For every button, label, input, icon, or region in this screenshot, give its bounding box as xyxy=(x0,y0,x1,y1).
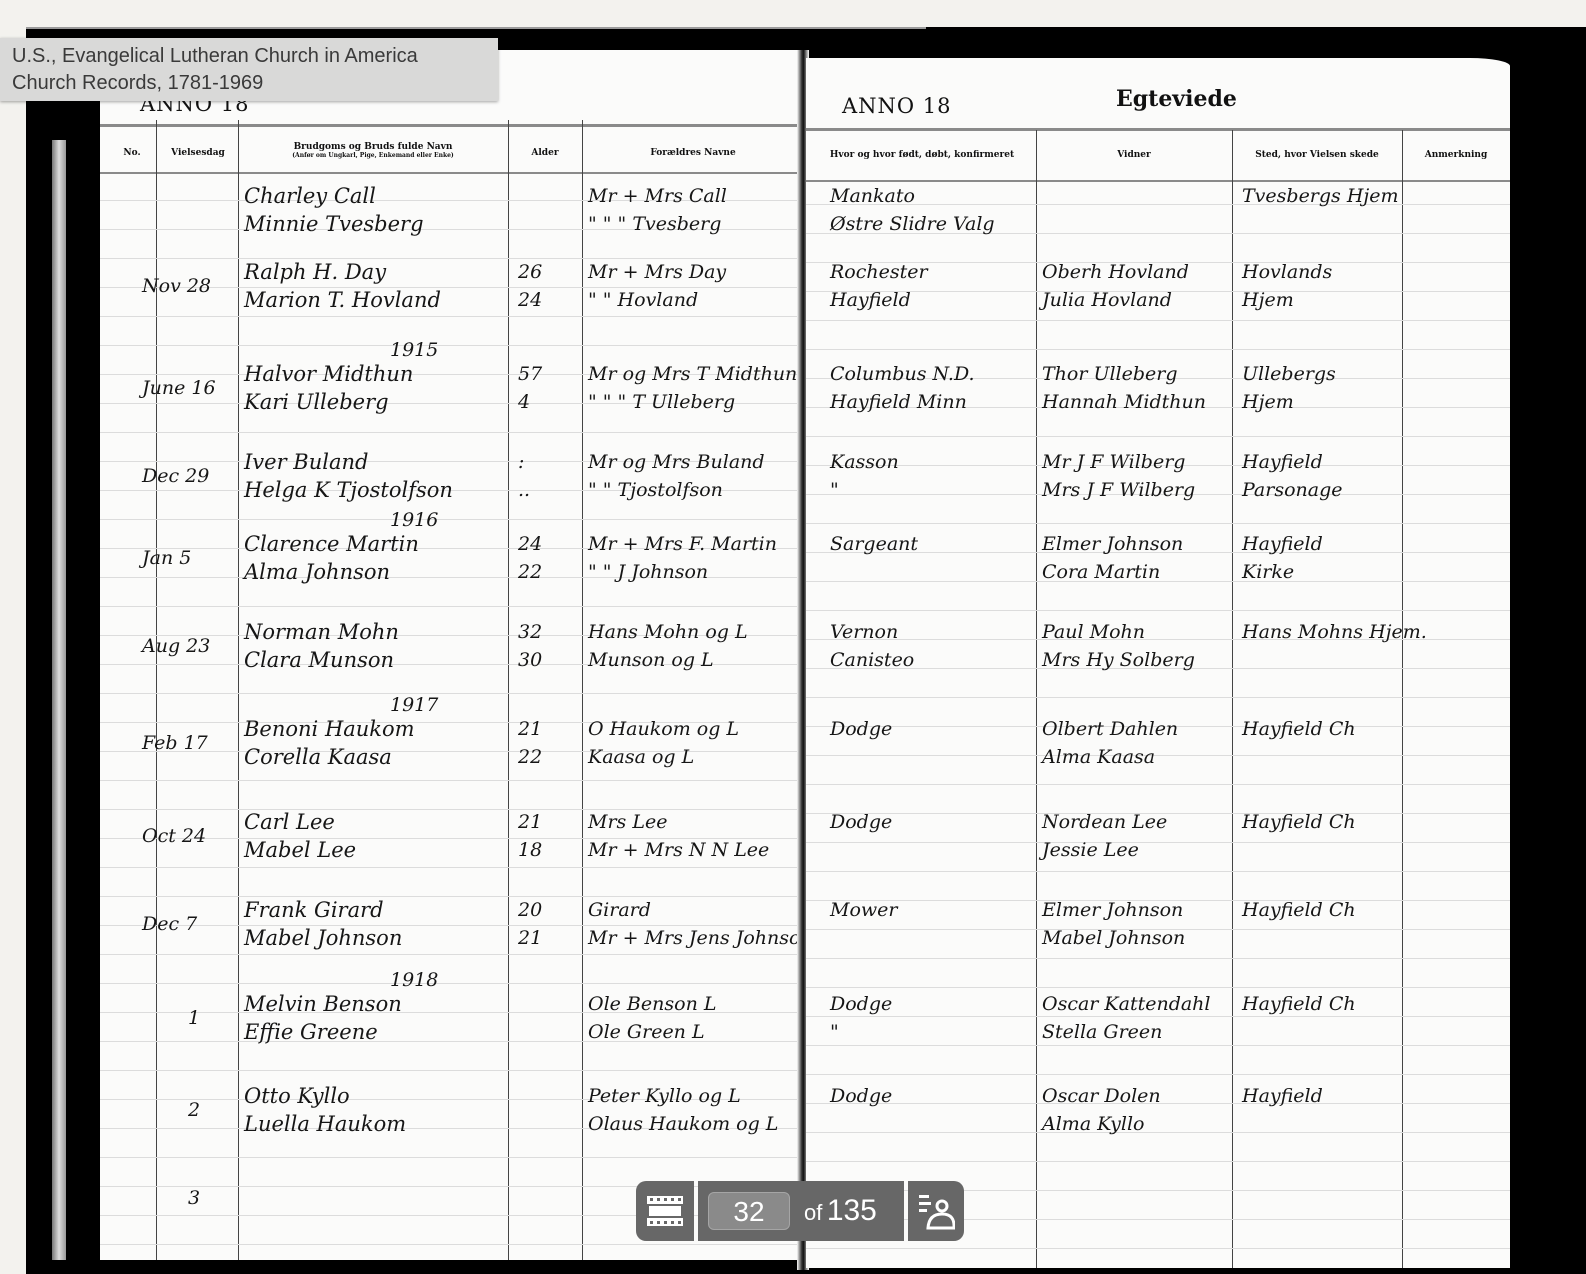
entry-parents-bride: Ole Green L xyxy=(588,1018,705,1046)
entry-parents-bride: Kaasa og L xyxy=(588,743,694,771)
entry-ceremony-location-2: Parsonage xyxy=(1242,476,1343,504)
entry-ceremony-location: Hayfield xyxy=(1242,530,1323,558)
ruled-line xyxy=(100,1070,805,1071)
entry-birthplace: Dodge xyxy=(830,1082,892,1110)
entry-groom-age: 21 xyxy=(518,715,542,743)
of-label: of xyxy=(804,1200,822,1225)
ruled-line xyxy=(806,523,1510,524)
entry-bride-name: Mabel Lee xyxy=(244,836,356,864)
entry-ceremony-location: Hans Mohns Hjem. xyxy=(1242,618,1427,646)
entry-groom-name: Iver Buland xyxy=(244,448,368,476)
entry-residence: Canisteo xyxy=(830,646,914,674)
entry-ceremony-location-2: Hjem xyxy=(1242,286,1294,314)
entry-parents-bride: Mr + Mrs N N Lee xyxy=(588,836,769,864)
entry-witness-1: Mr J F Wilberg xyxy=(1042,448,1185,476)
filmstrip-button[interactable] xyxy=(636,1181,694,1241)
entry-witness-1: Thor Ulleberg xyxy=(1042,360,1178,388)
entry-witness-1: Elmer Johnson xyxy=(1042,896,1183,924)
entry-witness-2: Cora Martin xyxy=(1042,558,1160,586)
entry-date: 3 xyxy=(188,1184,200,1212)
entry-bride-name: Helga K Tjostolfson xyxy=(244,476,453,504)
entry-date: Dec 7 xyxy=(142,910,197,938)
entry-witness-2: Mabel Johnson xyxy=(1042,924,1185,952)
entry-groom-age: 32 xyxy=(518,618,542,646)
header-rule xyxy=(806,128,1510,131)
entry-witness-1: Oscar Kattendahl xyxy=(1042,990,1211,1018)
entry-bride-name: Kari Ulleberg xyxy=(244,388,389,416)
entry-date: Feb 17 xyxy=(142,729,208,757)
ruled-line xyxy=(100,983,805,984)
left-register-page: ANNO 18 No. Vielsesdag Brudgoms og Bruds… xyxy=(100,50,805,1260)
entry-bride-age: 30 xyxy=(518,646,542,674)
entry-groom-age: 20 xyxy=(518,896,542,924)
entry-ceremony-location: Tvesbergs Hjem xyxy=(1242,182,1399,210)
column-divider xyxy=(582,120,583,1260)
entry-birthplace: Kasson xyxy=(830,448,899,476)
entry-groom-age: 57 xyxy=(518,360,542,388)
entry-parents-groom: Mr + Mrs Day xyxy=(588,258,726,286)
entry-groom-name: Charley Call xyxy=(244,182,376,210)
column-divider xyxy=(1402,130,1403,1268)
anno-label: ANNO 18 xyxy=(842,94,952,118)
index-panel-person-icon xyxy=(917,1191,955,1231)
entry-groom-name: Clarence Martin xyxy=(244,530,419,558)
entry-parents-groom: Peter Kyllo og L xyxy=(588,1082,741,1110)
page-navigator: 32 of 135 xyxy=(698,1181,904,1241)
column-header-witnesses: Vidner xyxy=(1040,150,1228,160)
entry-witness-2: Jessie Lee xyxy=(1042,836,1139,864)
ruled-line xyxy=(806,958,1510,959)
entry-bride-age: 22 xyxy=(518,558,542,586)
entry-witness-1: Olbert Dahlen xyxy=(1042,715,1178,743)
entry-parents-groom: Mrs Lee xyxy=(588,808,667,836)
entry-parents-bride: " " " T Ulleberg xyxy=(588,388,735,416)
ruled-line xyxy=(806,842,1510,843)
page-count: of 135 xyxy=(804,1194,877,1228)
page-number-input[interactable]: 32 xyxy=(708,1192,790,1230)
column-divider xyxy=(1036,130,1037,1268)
entry-ceremony-location: Hayfield Ch xyxy=(1242,896,1356,924)
ruled-line xyxy=(100,809,805,810)
entry-birthplace: Columbus N.D. xyxy=(830,360,975,388)
ruled-line xyxy=(100,1157,805,1158)
column-header-location: Sted, hvor Vielsen skede xyxy=(1236,150,1398,160)
entry-birthplace: Vernon xyxy=(830,618,898,646)
entry-bride-age: 21 xyxy=(518,924,542,952)
entry-date: Oct 24 xyxy=(142,822,206,850)
entry-groom-age: 26 xyxy=(518,258,542,286)
entry-birthplace: Dodge xyxy=(830,808,892,836)
filmstrip-icon xyxy=(647,1196,683,1226)
header-rule xyxy=(100,124,805,127)
collection-title-tooltip: U.S., Evangelical Lutheran Church in Ame… xyxy=(0,38,498,101)
ruled-line xyxy=(806,871,1510,872)
ruled-line xyxy=(100,693,805,694)
entry-parents-groom: Ole Benson L xyxy=(588,990,716,1018)
entry-bride-age: 18 xyxy=(518,836,542,864)
entry-birthplace: Rochester xyxy=(830,258,928,286)
entry-parents-groom: Hans Mohn og L xyxy=(588,618,748,646)
entry-parents-bride: Mr + Mrs Jens Johnson xyxy=(588,924,813,952)
entry-parents-groom: Girard xyxy=(588,896,651,924)
right-register-page: ANNO 18 Egteviede Hvor og hvor født, døb… xyxy=(806,58,1510,1268)
entry-bride-name: Alma Johnson xyxy=(244,558,390,586)
column-divider xyxy=(238,120,239,1260)
entry-bride-name: Minnie Tvesberg xyxy=(244,210,424,238)
entry-witness-1: Nordean Lee xyxy=(1042,808,1167,836)
entry-groom-name: Frank Girard xyxy=(244,896,384,924)
entry-residence: " xyxy=(830,1018,839,1046)
column-header-parents: Forældres Navne xyxy=(586,148,800,158)
entry-bride-name: Corella Kaasa xyxy=(244,743,392,771)
register-title: Egteviede xyxy=(1116,86,1237,112)
entry-bride-name: Mabel Johnson xyxy=(244,924,402,952)
entry-bride-age: 4 xyxy=(518,388,530,416)
entry-residence: " xyxy=(830,476,839,504)
column-header-birthplace: Hvor og hvor født, døbt, konfirmeret xyxy=(812,150,1032,160)
ruled-line xyxy=(100,432,805,433)
entry-groom-name: Carl Lee xyxy=(244,808,335,836)
entry-witness-2: Mrs J F Wilberg xyxy=(1042,476,1195,504)
image-navigation-toolbar: 32 of 135 xyxy=(636,1181,964,1241)
entry-ceremony-location: Hayfield Ch xyxy=(1242,808,1356,836)
ruled-line xyxy=(806,320,1510,321)
ruled-line xyxy=(100,316,805,317)
entry-parents-bride: " " " Tvesberg xyxy=(588,210,721,238)
entry-residence: Østre Slidre Valg xyxy=(830,210,995,238)
column-header-age: Alder xyxy=(512,148,578,158)
entry-residence: Hayfield Minn xyxy=(830,388,967,416)
entry-date: Nov 28 xyxy=(142,272,211,300)
entry-ceremony-location: Hayfield Ch xyxy=(1242,715,1356,743)
entry-parents-groom: O Haukom og L xyxy=(588,715,739,743)
entry-date: 2 xyxy=(188,1096,200,1124)
ruled-line xyxy=(100,606,805,607)
ruled-line xyxy=(100,954,805,955)
ruled-line xyxy=(806,610,1510,611)
column-divider xyxy=(1232,130,1233,1268)
entry-groom-name: Otto Kyllo xyxy=(244,1082,350,1110)
entry-bride-age: .. xyxy=(518,476,530,504)
entry-parents-bride: " " Tjostolfson xyxy=(588,476,723,504)
entry-date: June 16 xyxy=(142,374,216,402)
ruled-line xyxy=(100,345,805,346)
entry-groom-name: Melvin Benson xyxy=(244,990,402,1018)
ruled-line xyxy=(100,867,805,868)
entry-date: Dec 29 xyxy=(142,462,209,490)
entry-witness-2: Julia Hovland xyxy=(1042,286,1172,314)
column-header-names-sub: (Anfør om Ungkarl, Pige, Enkemand eller … xyxy=(242,152,504,159)
entry-parents-bride: " " J Johnson xyxy=(588,558,708,586)
column-header-names: Brudgoms og Bruds fulde Navn (Anfør om U… xyxy=(242,142,504,159)
entry-ceremony-location: Hayfield xyxy=(1242,1082,1323,1110)
total-pages: 135 xyxy=(827,1194,877,1227)
entry-parents-groom: Mr og Mrs Buland xyxy=(588,448,765,476)
entry-witness-1: Oberh Hovland xyxy=(1042,258,1189,286)
ruled-line xyxy=(100,519,805,520)
ruled-line xyxy=(806,349,1510,350)
ruled-line xyxy=(806,755,1510,756)
ruled-line xyxy=(806,1132,1510,1133)
ruled-line xyxy=(806,1248,1510,1249)
entry-bride-name: Clara Munson xyxy=(244,646,394,674)
entry-ceremony-location-2: Kirke xyxy=(1242,558,1294,586)
entry-bride-name: Effie Greene xyxy=(244,1018,378,1046)
entry-date: Aug 23 xyxy=(142,632,210,660)
entry-parents-bride: Olaus Haukom og L xyxy=(588,1110,778,1138)
entry-ceremony-location-2: Hjem xyxy=(1242,388,1294,416)
viewer-top-strip xyxy=(26,27,926,29)
entry-birthplace: Dodge xyxy=(830,990,892,1018)
entry-witness-2: Hannah Midthun xyxy=(1042,388,1206,416)
entry-parents-groom: Mr + Mrs Call xyxy=(588,182,727,210)
entry-birthplace: Mower xyxy=(830,896,897,924)
ruled-line xyxy=(806,784,1510,785)
entry-ceremony-location: Hovlands xyxy=(1242,258,1332,286)
entry-bride-name: Luella Haukom xyxy=(244,1110,406,1138)
entry-parents-bride: " " Hovland xyxy=(588,286,698,314)
entry-birthplace: Mankato xyxy=(830,182,915,210)
ruled-line xyxy=(100,896,805,897)
entry-groom-age: : xyxy=(518,448,524,476)
ruled-line xyxy=(806,697,1510,698)
entry-bride-name: Marion T. Hovland xyxy=(244,286,441,314)
entry-date: 1 xyxy=(188,1004,200,1032)
column-divider xyxy=(508,120,509,1260)
ruled-line xyxy=(100,1244,805,1245)
entry-groom-name: Ralph H. Day xyxy=(244,258,386,286)
entry-bride-age: 24 xyxy=(518,286,542,314)
entry-ceremony-location: Hayfield Ch xyxy=(1242,990,1356,1018)
entry-residence: Hayfield xyxy=(830,286,911,314)
entry-witness-1: Paul Mohn xyxy=(1042,618,1145,646)
entry-witness-2: Stella Green xyxy=(1042,1018,1162,1046)
index-panel-button[interactable] xyxy=(908,1181,964,1241)
tooltip-line-2: Church Records, 1781-1969 xyxy=(12,70,486,97)
entry-groom-name: Norman Mohn xyxy=(244,618,399,646)
entry-bride-age: 22 xyxy=(518,743,542,771)
column-header-names-label: Brudgoms og Bruds fulde Navn xyxy=(294,142,453,152)
entry-groom-name: Halvor Midthun xyxy=(244,360,413,388)
ruled-line xyxy=(806,436,1510,437)
header-rule xyxy=(100,172,805,174)
entry-witness-1: Elmer Johnson xyxy=(1042,530,1183,558)
tooltip-line-1: U.S., Evangelical Lutheran Church in Ame… xyxy=(12,43,486,70)
entry-birthplace: Dodge xyxy=(830,715,892,743)
entry-witness-1: Oscar Dolen xyxy=(1042,1082,1161,1110)
column-header-no: No. xyxy=(114,148,150,158)
entry-groom-age: 21 xyxy=(518,808,542,836)
entry-witness-2: Alma Kyllo xyxy=(1042,1110,1145,1138)
entry-parents-groom: Mr + Mrs F. Martin xyxy=(588,530,777,558)
entry-witness-2: Alma Kaasa xyxy=(1042,743,1155,771)
book-edge xyxy=(52,140,66,1260)
entry-parents-bride: Munson og L xyxy=(588,646,714,674)
ruled-line xyxy=(806,987,1510,988)
ruled-line xyxy=(806,1161,1510,1162)
column-header-remarks: Anmerkning xyxy=(1406,150,1506,160)
entry-parents-groom: Mr og Mrs T Midthun xyxy=(588,360,797,388)
entry-groom-name: Benoni Haukom xyxy=(244,715,415,743)
entry-date: Jan 5 xyxy=(142,544,191,572)
ruled-line xyxy=(100,780,805,781)
entry-birthplace: Sargeant xyxy=(830,530,918,558)
ruled-line xyxy=(806,1074,1510,1075)
entry-ceremony-location: Ullebergs xyxy=(1242,360,1336,388)
entry-ceremony-location: Hayfield xyxy=(1242,448,1323,476)
entry-groom-age: 24 xyxy=(518,530,542,558)
entry-witness-2: Mrs Hy Solberg xyxy=(1042,646,1195,674)
column-header-date: Vielsesdag xyxy=(160,148,236,158)
